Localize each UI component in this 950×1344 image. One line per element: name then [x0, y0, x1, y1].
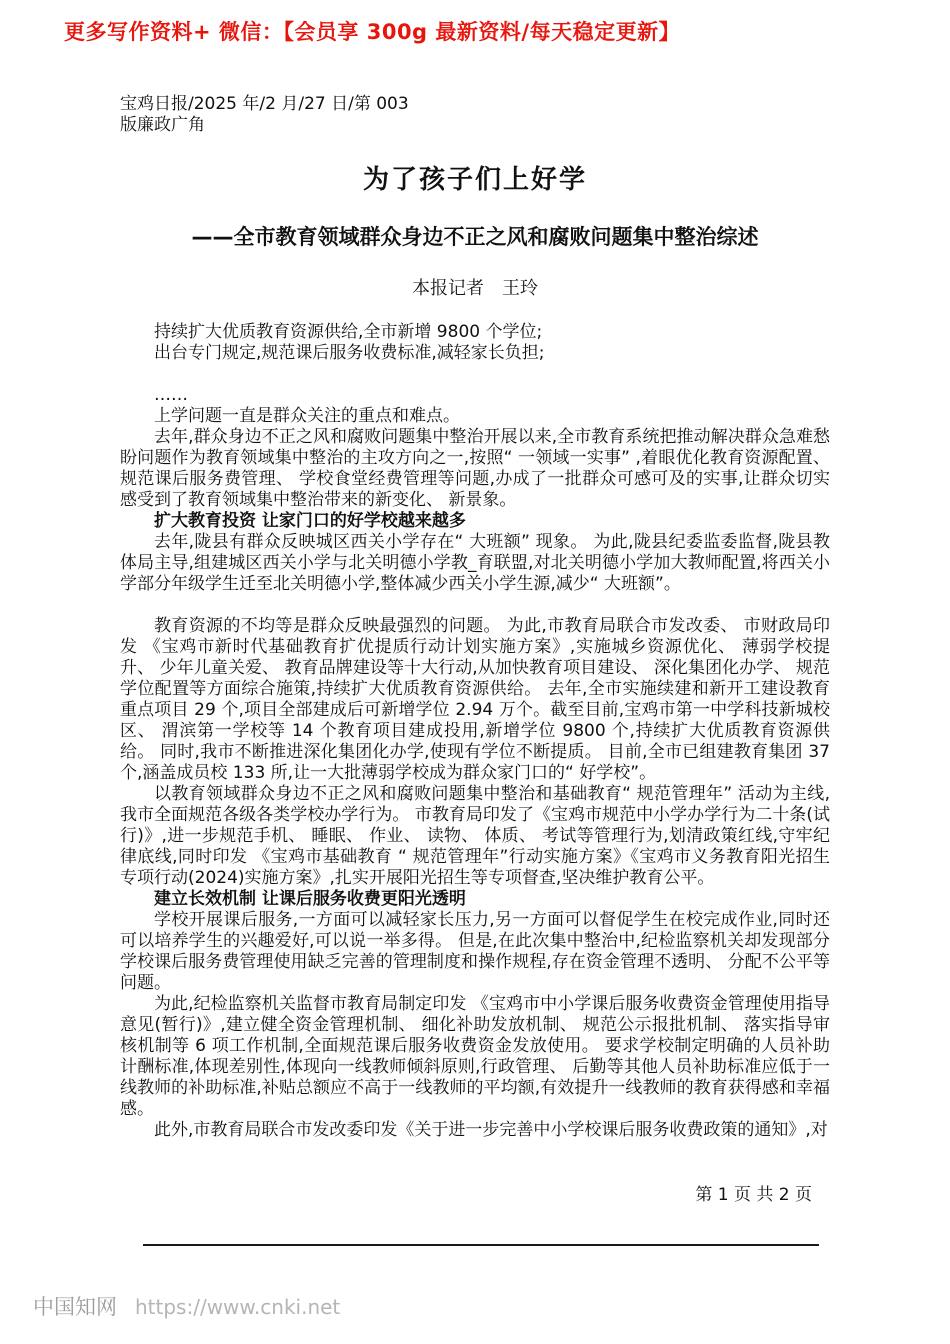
blank-line — [120, 595, 830, 616]
paragraph: 教育资源的不均等是群众反映最强烈的问题。 为此,市教育局联合市发改委、 市财政局… — [120, 616, 830, 784]
source-line-1: 宝鸡日报/2025 年/2 月/27 日/第 003 — [120, 94, 830, 115]
paragraph: 以教育领域群众身边不正之风和腐败问题集中整治和基础教育“ 规范管理年” 活动为主… — [120, 784, 830, 889]
paragraph: 持续扩大优质教育资源供给,全市新增 9800 个学位; — [120, 322, 830, 343]
watermark: 中国知网https://www.cnki.net — [33, 1291, 340, 1321]
paragraph: 上学问题一直是群众关注的重点和难点。 — [120, 406, 830, 427]
article-subtitle: ——全市教育领域群众身边不正之风和腐败问题集中整治综述 — [120, 224, 830, 250]
byline: 本报记者 王玲 — [120, 278, 830, 300]
watermark-site-name: 中国知网 — [33, 1295, 117, 1319]
article-body: 持续扩大优质教育资源供给,全市新增 9800 个学位;出台专门规定,规范课后服务… — [120, 322, 830, 1141]
page-indicator: 第 1 页 共 2 页 — [120, 1185, 830, 1206]
article-column: 宝鸡日报/2025 年/2 月/27 日/第 003 版廉政广角 为了孩子们上好… — [120, 94, 830, 1206]
watermark-site-url: https://www.cnki.net — [135, 1295, 340, 1319]
paragraph: 出台专门规定,规范课后服务收费标准,减轻家长负担; — [120, 343, 830, 364]
paragraph: 去年,群众身边不正之风和腐败问题集中整治开展以来,全市教育系统把推动解决群众急难… — [120, 427, 830, 511]
section-subheading: 建立长效机制 让课后服务收费更阳光透明 — [120, 889, 830, 910]
promo-banner-text: 更多写作资料+ 微信：【会员享 300g 最新资料/每天稳定更新】 — [64, 16, 680, 46]
source-block: 宝鸡日报/2025 年/2 月/27 日/第 003 版廉政广角 — [120, 94, 830, 136]
paragraph: …… — [120, 385, 830, 406]
document-page: 更多写作资料+ 微信：【会员享 300g 最新资料/每天稳定更新】 宝鸡日报/2… — [0, 0, 950, 1344]
divider-line — [143, 1244, 819, 1246]
section-subheading: 扩大教育投资 让家门口的好学校越来越多 — [120, 511, 830, 532]
paragraph: 去年,陇县有群众反映城区西关小学存在“ 大班额” 现象。 为此,陇县纪委监委监督… — [120, 532, 830, 595]
paragraph: 此外,市教育局联合市发改委印发《关于进一步完善中小学校课后服务收费政策的通知》,… — [120, 1120, 830, 1141]
paragraph: 为此,纪检监察机关监督市教育局制定印发 《宝鸡市中小学课后服务收费资金管理使用指… — [120, 994, 830, 1120]
blank-line — [120, 364, 830, 385]
source-line-2: 版廉政广角 — [120, 115, 830, 136]
article-title: 为了孩子们上好学 — [120, 164, 830, 196]
paragraph: 学校开展课后服务,一方面可以减轻家长压力,另一方面可以督促学生在校完成作业,同时… — [120, 910, 830, 994]
